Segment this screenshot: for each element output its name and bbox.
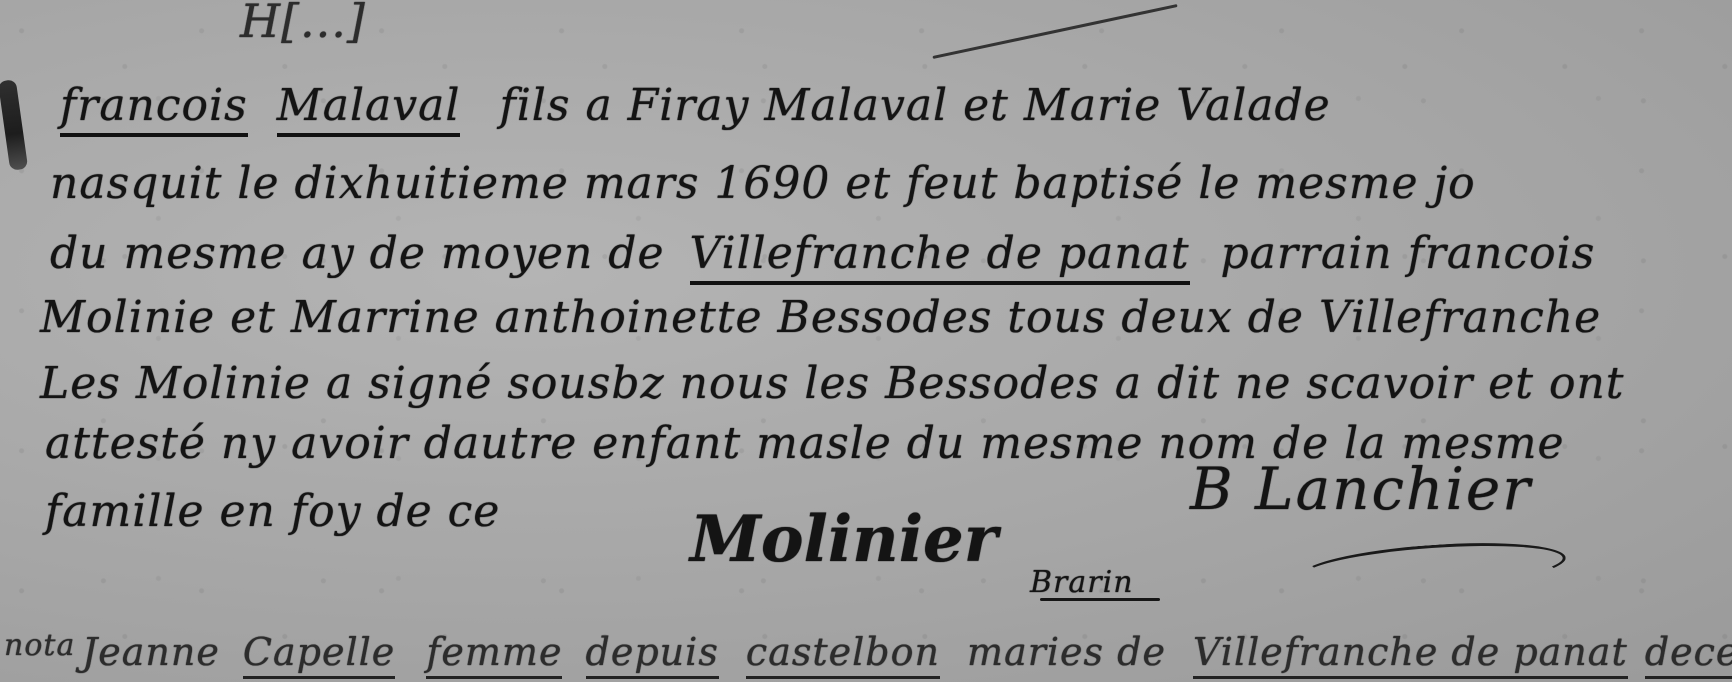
entry-line-1: francois Malaval fils a Firay Malaval et… bbox=[60, 80, 1331, 131]
signature-flourish bbox=[1299, 536, 1567, 598]
ink-blot-margin bbox=[0, 79, 28, 171]
signature-annotation: Brarin bbox=[1030, 565, 1134, 600]
signature-underline bbox=[1040, 598, 1160, 601]
entry-line-7: famille en foy de ce bbox=[45, 486, 500, 537]
manuscript-page: H[...] francois Malaval fils a Firay Mal… bbox=[0, 0, 1732, 682]
pen-stroke-top bbox=[932, 4, 1177, 59]
godfather-text: parrain francois bbox=[1221, 228, 1596, 279]
signature-curate: B Lanchier bbox=[1190, 455, 1532, 523]
next-entry-first-name: Jeanne bbox=[82, 630, 220, 674]
margin-note: nota bbox=[4, 628, 75, 663]
entry-line-5: Les Molinie a signé sousbz nous les Bess… bbox=[40, 358, 1624, 409]
parents-text: fils a Firay Malaval et Marie Valade bbox=[499, 80, 1330, 131]
child-surname: Malaval bbox=[277, 80, 461, 137]
next-entry-word-femme: femme bbox=[426, 630, 562, 679]
entry-line-3: du mesme ay de moyen de Villefranche de … bbox=[50, 228, 1595, 279]
place-name: Villefranche de panat bbox=[690, 228, 1190, 285]
next-entry-place: Villefranche de panat bbox=[1193, 630, 1628, 679]
next-entry-surname: Capelle bbox=[243, 630, 395, 679]
child-first-name: francois bbox=[60, 80, 248, 137]
top-fragment-signature: H[...] bbox=[240, 0, 366, 48]
entry-line-2: nasquit le dixhuitieme mars 1690 et feut… bbox=[50, 158, 1476, 209]
next-entry-word-maries: maries de bbox=[967, 630, 1166, 674]
next-entry-line: Jeanne Capelle femme depuis castelbon ma… bbox=[82, 630, 1732, 674]
signature-molinier: Molinier bbox=[690, 502, 997, 577]
entry-line-4: Molinie et Marrine anthoinette Bessodes … bbox=[40, 292, 1601, 343]
line-3-prefix: du mesme ay de moyen de bbox=[50, 228, 665, 279]
next-entry-word-depuis: depuis bbox=[586, 630, 719, 679]
next-entry-spouse: castelbon bbox=[746, 630, 940, 679]
next-entry-decede: decede bbox=[1645, 630, 1732, 679]
